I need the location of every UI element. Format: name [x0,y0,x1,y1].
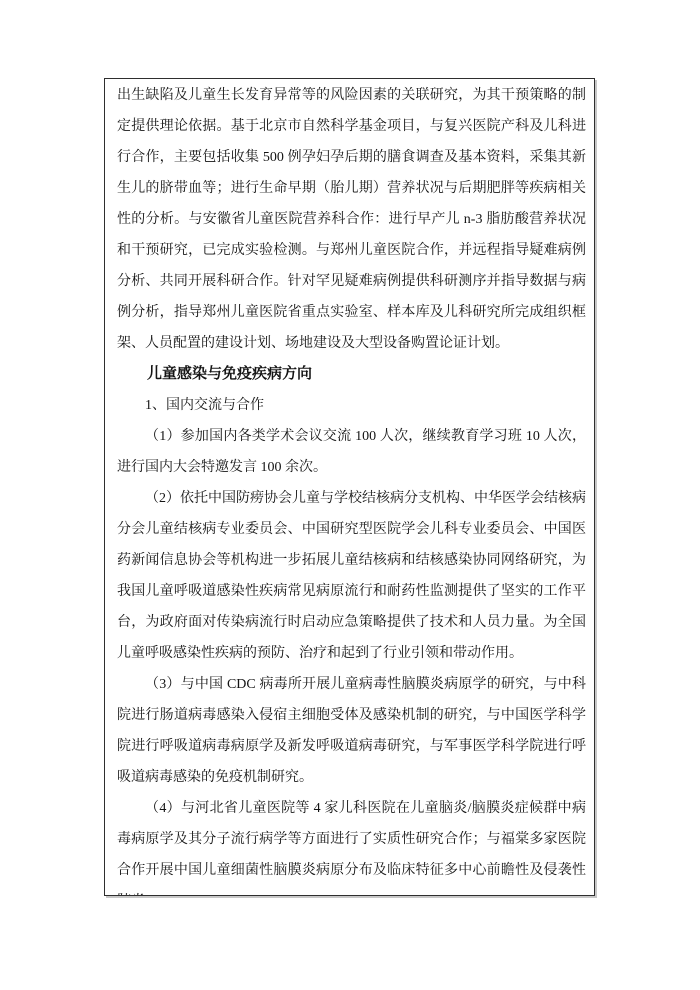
list-item-1-conferences: （1）参加国内各类学术会议交流 100 人次，继续教育学习班 10 人次，进行国… [117,421,586,483]
document-page: 出生缺陷及儿童生长发育异常等的风险因素的关联研究，为其干预策略的制定提供理论依据… [0,0,700,990]
paragraph-research-collaboration: 出生缺陷及儿童生长发育异常等的风险因素的关联研究，为其干预策略的制定提供理论依据… [117,80,586,359]
list-item-4-meningitis-research: （4）与河北省儿童医院等 4 家儿科医院在儿童脑炎/脑膜炎症候群中病毒病原学及其… [117,793,586,896]
list-item-3-cdc-virus-research: （3）与中国 CDC 病毒所开展儿童病毒性脑膜炎病原学的研究，与中科院进行肠道病… [117,669,586,793]
report-table-cell: 出生缺陷及儿童生长发育异常等的风险因素的关联研究，为其干预策略的制定提供理论依据… [104,78,595,896]
subheading-domestic-exchange: 1、国内交流与合作 [117,390,586,421]
list-item-2-tb-network: （2）依托中国防痨协会儿童与学校结核病分支机构、中华医学会结核病分会儿童结核病专… [117,483,586,669]
section-heading-infection-immunity: 儿童感染与免疫疾病方向 [117,359,586,390]
